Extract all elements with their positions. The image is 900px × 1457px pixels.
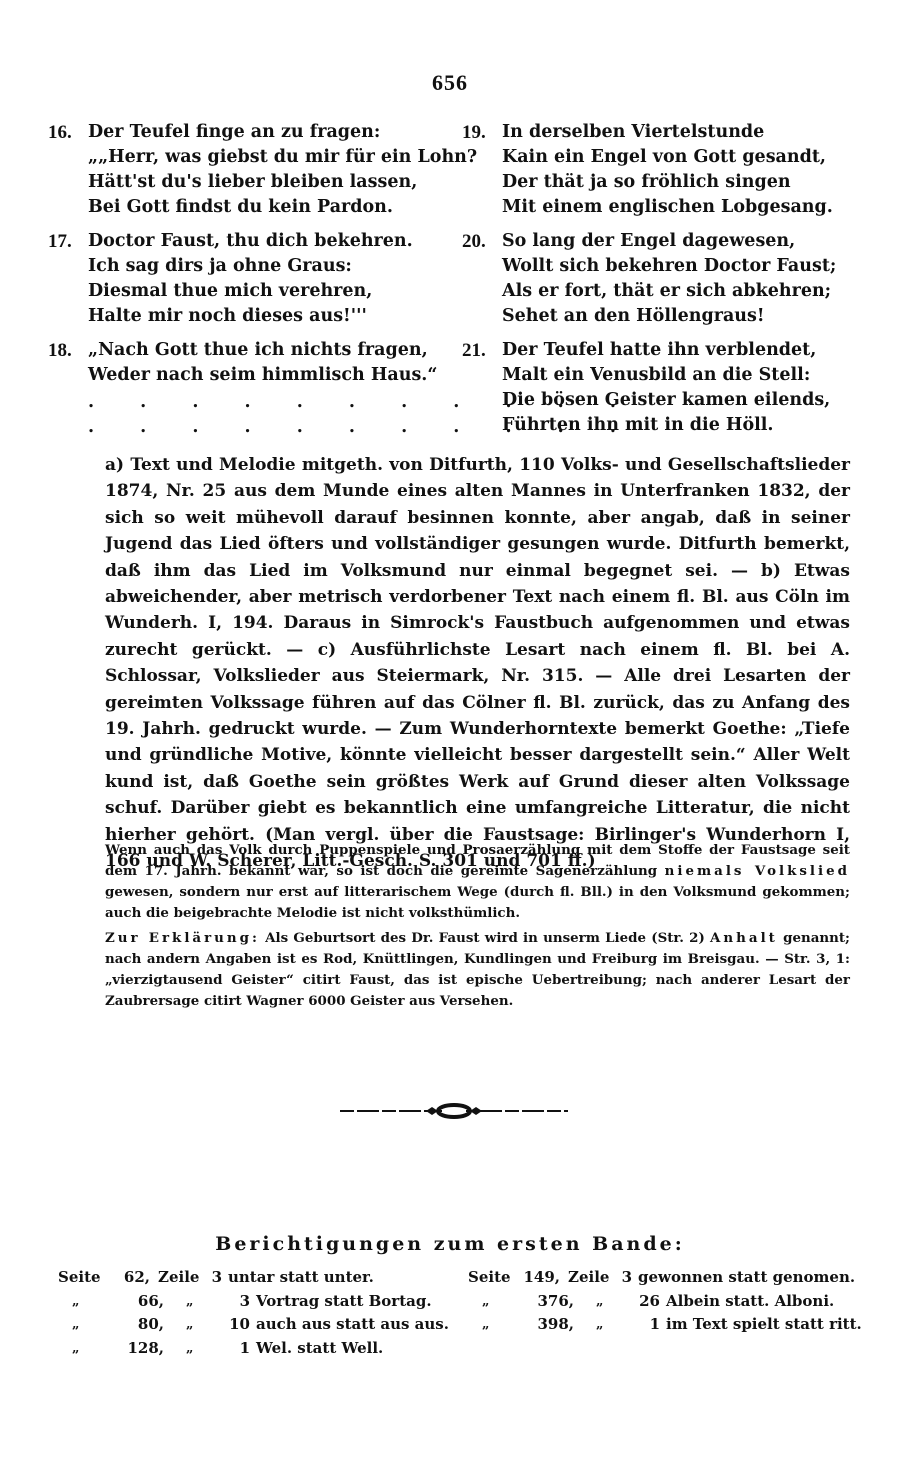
stanza-17: 17. Doctor Faust, thu dich bekehren. Ich…: [48, 229, 448, 329]
errata-fix: auch aus statt aus aus.: [256, 1313, 449, 1337]
errata-fix: Albein statt. Alboni.: [666, 1290, 834, 1314]
errata-fix: untar statt unter.: [228, 1266, 374, 1290]
stanza-number: 18.: [48, 338, 88, 388]
errata-seite: „: [468, 1290, 524, 1314]
errata-page: 128,: [114, 1337, 172, 1361]
errata-fix: gewonnen statt genomen.: [638, 1266, 855, 1290]
stanza-20: 20. So lang der Engel dagewesen, Wollt s…: [462, 229, 872, 329]
errata-row: „ 66, „ 3 Vortrag statt Bortag.: [58, 1290, 449, 1314]
errata-row: „ 376, „ 26 Albein statt. Alboni.: [468, 1290, 862, 1314]
errata-row: Seite 149, Zeile 3 gewonnen statt genome…: [468, 1266, 862, 1290]
stanza-number: 17.: [48, 229, 88, 329]
verse-line: Hätt'st du's lieber bleiben lassen,: [88, 170, 477, 195]
errata-line: 10: [226, 1313, 256, 1337]
verse-line: Diesmal thue mich verehren,: [88, 279, 448, 304]
errata-fix: im Text spielt statt ritt.: [666, 1313, 862, 1337]
errata-page: 398,: [524, 1313, 582, 1337]
errata-row: „ 80, „ 10 auch aus statt aus aus.: [58, 1313, 449, 1337]
errata-zeile: Zeile: [158, 1266, 198, 1290]
errata-line: 1: [636, 1313, 666, 1337]
verse-line: Sehet an den Höllengraus!: [502, 304, 872, 329]
omission-dots: . . . . . . . . . . .: [88, 415, 448, 440]
verse-line: In derselben Viertelstunde: [502, 120, 872, 145]
errata-line: 3: [198, 1266, 228, 1290]
verse-line: „Nach Gott thue ich nichts fragen,: [88, 338, 448, 363]
errata-zeile: „: [172, 1313, 226, 1337]
errata-row: „ 128, „ 1 Wel. statt Well.: [58, 1337, 449, 1361]
verse-line: So lang der Engel dagewesen,: [502, 229, 872, 254]
verse-column-left: 16. Der Teufel finge an zu fragen: „„Her…: [48, 120, 448, 440]
errata-zeile: Zeile: [568, 1266, 608, 1290]
stanza-21: 21. Der Teufel hatte ihn verblendet, Mal…: [462, 338, 872, 438]
stanza-number: 21.: [462, 338, 502, 438]
errata-zeile: „: [172, 1290, 226, 1314]
verse-line: Weder nach seim himmlisch Haus.“: [88, 363, 448, 388]
verse-line: Ich sag dirs ja ohne Graus:: [88, 254, 448, 279]
verse-line: Der Teufel hatte ihn verblendet,: [502, 338, 872, 363]
verse-line: Mit einem englischen Lobgesang.: [502, 195, 872, 220]
verse-column-right: 19. In derselben Viertelstunde Kain ein …: [462, 120, 872, 447]
verse-line: Die bösen Geister kamen eilends,: [502, 388, 872, 413]
errata-list-right: Seite 149, Zeile 3 gewonnen statt genome…: [468, 1266, 862, 1337]
source-footnote-text: a) Text und Melodie mitgeth. von Ditfurt…: [50, 452, 850, 875]
errata-fix: Vortrag statt Bortag.: [256, 1290, 432, 1314]
explanation-label: Zur Erklärung:: [105, 930, 260, 946]
errata-row: „ 398, „ 1 im Text spielt statt ritt.: [468, 1313, 862, 1337]
errata-title: Berichtigungen zum ersten Bande:: [0, 1233, 900, 1255]
verse-line: „„Herr, was giebst du mir für ein Lohn?: [88, 145, 477, 170]
verse-line: Der Teufel finge an zu fragen:: [88, 120, 477, 145]
volkslied-emphasis: niemals Volkslied: [665, 863, 850, 879]
verse-line: Bei Gott findst du kein Pardon.: [88, 195, 477, 220]
volkslied-note: Wenn auch das Volk durch Puppenspiele un…: [50, 840, 850, 924]
errata-seite: „: [468, 1313, 524, 1337]
errata-seite: Seite: [58, 1266, 100, 1290]
verse-line: Führten ihn mit in die Höll.: [502, 413, 872, 438]
verse-line: Der thät ja so fröhlich singen: [502, 170, 872, 195]
verse-line: Als er fort, thät er sich abkehren;: [502, 279, 872, 304]
errata-list-left: Seite 62, Zeile 3 untar statt unter. „ 6…: [58, 1266, 449, 1360]
errata-page: 62,: [100, 1266, 158, 1290]
explanation-note: Zur Erklärung: Als Geburtsort des Dr. Fa…: [50, 928, 850, 1012]
errata-line: 26: [636, 1290, 666, 1314]
errata-zeile: „: [172, 1337, 226, 1361]
explanation-text: Als Geburtsort des Dr. Faust wird in uns…: [260, 930, 710, 946]
volkslied-note-text-end: gewesen, sondern nur erst auf litteraris…: [105, 884, 850, 921]
decorative-rule-icon: [338, 1100, 570, 1122]
verse-line: Doctor Faust, thu dich bekehren.: [88, 229, 448, 254]
page-number: 656: [0, 70, 900, 96]
errata-seite: „: [58, 1313, 114, 1337]
verse-line: Kain ein Engel von Gott gesandt,: [502, 145, 872, 170]
stanza-18: 18. „Nach Gott thue ich nichts fragen, W…: [48, 338, 448, 388]
errata-page: 66,: [114, 1290, 172, 1314]
errata-fix: Wel. statt Well.: [256, 1337, 383, 1361]
stanza-number: 20.: [462, 229, 502, 329]
stanza-16: 16. Der Teufel finge an zu fragen: „„Her…: [48, 120, 448, 220]
errata-line: 3: [608, 1266, 638, 1290]
stanza-number: 19.: [462, 120, 502, 220]
errata-page: 80,: [114, 1313, 172, 1337]
errata-seite: Seite: [468, 1266, 510, 1290]
explanation-emphasis: Anhalt: [710, 930, 778, 946]
stanza-19: 19. In derselben Viertelstunde Kain ein …: [462, 120, 872, 220]
verse-line: Halte mir noch dieses aus!''': [88, 304, 448, 329]
errata-zeile: „: [582, 1313, 636, 1337]
errata-seite: „: [58, 1290, 114, 1314]
omission-dots: . . . . . . . . . . .: [88, 390, 448, 415]
errata-page: 376,: [524, 1290, 582, 1314]
source-footnote: a) Text und Melodie mitgeth. von Ditfurt…: [50, 452, 850, 875]
errata-page: 149,: [510, 1266, 568, 1290]
stanza-number: 16.: [48, 120, 88, 220]
errata-seite: „: [58, 1337, 114, 1361]
verse-line: Malt ein Venusbild an die Stell:: [502, 363, 872, 388]
errata-zeile: „: [582, 1290, 636, 1314]
errata-row: Seite 62, Zeile 3 untar statt unter.: [58, 1266, 449, 1290]
verse-line: Wollt sich bekehren Doctor Faust;: [502, 254, 872, 279]
errata-line: 3: [226, 1290, 256, 1314]
errata-line: 1: [226, 1337, 256, 1361]
